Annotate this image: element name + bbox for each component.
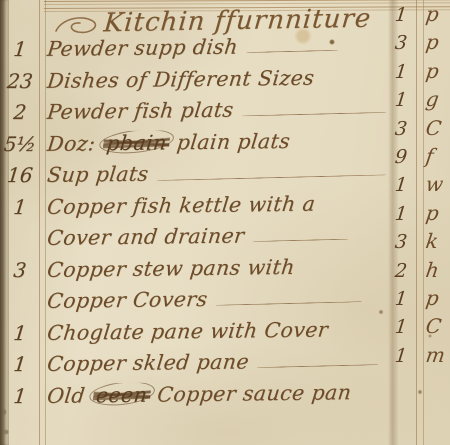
- quantity-cell: 1: [0, 352, 41, 376]
- inventory-row: Copper Covers: [0, 289, 389, 321]
- quantity-cell: 3: [0, 258, 41, 282]
- clipped-word-fragment: p: [424, 286, 440, 310]
- quantity-cell: 1: [388, 61, 415, 83]
- entry-text-part: Old: [46, 383, 86, 407]
- adjacent-page-rows: 1 p 3 p 1 p 1 g 3 C 9 f 1 w 1 p 3 k 2 h …: [388, 2, 450, 371]
- entry-text: Sup plats: [40, 159, 392, 187]
- scribble-strikethrough: eeen: [92, 382, 152, 407]
- inventory-row: 5½ Doz: pbain plain plats: [0, 132, 389, 164]
- adjacent-page-row: 1 m: [388, 343, 450, 371]
- adjacent-page-row: 1 w: [388, 172, 450, 200]
- entry-text: Copper Covers: [40, 285, 392, 313]
- clipped-word-fragment: f: [424, 144, 435, 168]
- adjacent-page-row: 3 p: [388, 30, 450, 58]
- quantity-cell: 1: [0, 195, 41, 219]
- entry-text: Pewder supp dish: [40, 33, 392, 61]
- entry-text: Choglate pane with Cover: [40, 316, 392, 344]
- entry-text-part: Copper sauce pan: [156, 380, 353, 406]
- trailing-ink-dash: [216, 301, 363, 306]
- quantity-cell: 1: [0, 37, 41, 61]
- quantity-cell: 3: [388, 231, 415, 253]
- quantity-cell: 1: [388, 89, 415, 111]
- entry-text-part: Copper stew pans with: [46, 254, 296, 281]
- entry-text-part: Pewder fish plats: [46, 98, 235, 124]
- trailing-ink-dash: [257, 364, 378, 368]
- adjacent-page-row: 1 p: [388, 201, 450, 229]
- clipped-word-fragment: p: [424, 30, 440, 54]
- clipped-word-fragment: g: [424, 87, 440, 111]
- entry-text: Copper skled pane: [40, 348, 392, 376]
- entry-text-part: plain plats: [176, 128, 292, 153]
- entry-text-part: Choglate pane with Cover: [46, 317, 329, 344]
- clipped-word-fragment: p: [424, 59, 440, 83]
- trailing-ink-dash: [253, 239, 349, 242]
- trailing-ink-dash: [242, 112, 387, 117]
- adjacent-page-row: 1 p: [388, 2, 450, 30]
- quantity-cell: 1: [0, 384, 41, 408]
- entry-text-part: Copper fish kettle with a: [46, 191, 317, 218]
- quantity-cell: 1: [388, 345, 415, 367]
- entry-text-part: Doz:: [46, 131, 97, 156]
- clipped-word-fragment: C: [424, 314, 443, 338]
- entry-text: Old eeen Copper sauce pan: [40, 379, 392, 407]
- inventory-row: 1 Choglate pane with Cover: [0, 321, 389, 353]
- inventory-row: 16 Sup plats: [0, 163, 389, 195]
- inventory-row: 2 Pewder fish plats: [0, 100, 389, 132]
- adjacent-page-row: 2 h: [388, 258, 450, 286]
- entry-text-part: Sup plats: [46, 162, 150, 187]
- quantity-cell: 16: [0, 163, 41, 187]
- inventory-row: 3 Copper stew pans with: [0, 258, 389, 290]
- adjacent-page-row: 1 p: [388, 286, 450, 314]
- quantity-cell: 2: [388, 260, 415, 282]
- quantity-cell: 1: [388, 288, 415, 310]
- inventory-row: 1 Old eeen Copper sauce pan: [0, 384, 389, 416]
- clipped-word-fragment: C: [424, 116, 443, 140]
- quantity-cell: 5½: [0, 132, 41, 156]
- entry-text-part: Cover and drainer: [46, 224, 246, 250]
- clipped-word-fragment: p: [424, 2, 440, 26]
- trailing-ink-dash: [157, 174, 387, 181]
- clipped-word-fragment: h: [424, 258, 440, 282]
- title-flourish: [54, 14, 100, 38]
- quantity-cell: 1: [388, 203, 415, 225]
- inventory-row: 23 Dishes of Different Sizes: [0, 69, 389, 101]
- trailing-ink-dash: [246, 50, 338, 53]
- adjacent-page-row: 9 f: [388, 144, 450, 172]
- entry-text: Pewder fish plats: [40, 96, 392, 124]
- inventory-row: Cover and drainer: [0, 226, 389, 258]
- entry-text: Cover and drainer: [40, 222, 392, 250]
- inventory-rows: 1 Pewder supp dish 23 Dishes of Differen…: [0, 37, 389, 415]
- quantity-cell: 1: [388, 316, 415, 338]
- adjacent-page-row: 3 k: [388, 229, 450, 257]
- entry-text-part: Dishes of Different Sizes: [46, 65, 316, 92]
- entry-text: Dishes of Different Sizes: [40, 64, 392, 92]
- scribble-strikethrough: pbain: [102, 130, 171, 155]
- quantity-cell: 3: [388, 118, 415, 140]
- entry-text: Copper stew pans with: [40, 253, 392, 281]
- quantity-cell: 2: [0, 100, 41, 124]
- quantity-cell: 23: [0, 69, 41, 93]
- entry-text-part: Copper skled pane: [46, 349, 250, 375]
- clipped-word-fragment: k: [424, 229, 439, 253]
- quantity-cell: 1: [388, 4, 415, 26]
- clipped-word-fragment: w: [424, 172, 444, 196]
- entry-text-part: Copper Covers: [46, 287, 209, 313]
- clipped-word-fragment: m: [424, 343, 446, 367]
- adjacent-page-row: 1 C: [388, 314, 450, 342]
- quantity-cell: 3: [388, 32, 415, 54]
- adjacent-page-row: 1 g: [388, 87, 450, 115]
- adjacent-page-row: 3 C: [388, 116, 450, 144]
- manuscript-page: Kitchin ffurnniture 1 Pewder supp dish 2…: [0, 0, 450, 445]
- inventory-row: 1 Copper skled pane: [0, 352, 389, 384]
- quantity-cell: 9: [388, 146, 415, 168]
- quantity-cell: 1: [0, 321, 41, 345]
- adjacent-page-fragment: 1 p 3 p 1 p 1 g 3 C 9 f 1 w 1 p 3 k 2 h …: [388, 0, 450, 445]
- adjacent-page-row: 1 p: [388, 59, 450, 87]
- entry-text-part: Pewder supp dish: [46, 35, 239, 61]
- entry-text: Copper fish kettle with a: [40, 190, 392, 218]
- entry-text: Doz: pbain plain plats: [40, 127, 392, 155]
- inventory-row: 1 Copper fish kettle with a: [0, 195, 389, 227]
- quantity-cell: 1: [388, 174, 415, 196]
- inventory-row: 1 Pewder supp dish: [0, 37, 389, 69]
- clipped-word-fragment: p: [424, 201, 440, 225]
